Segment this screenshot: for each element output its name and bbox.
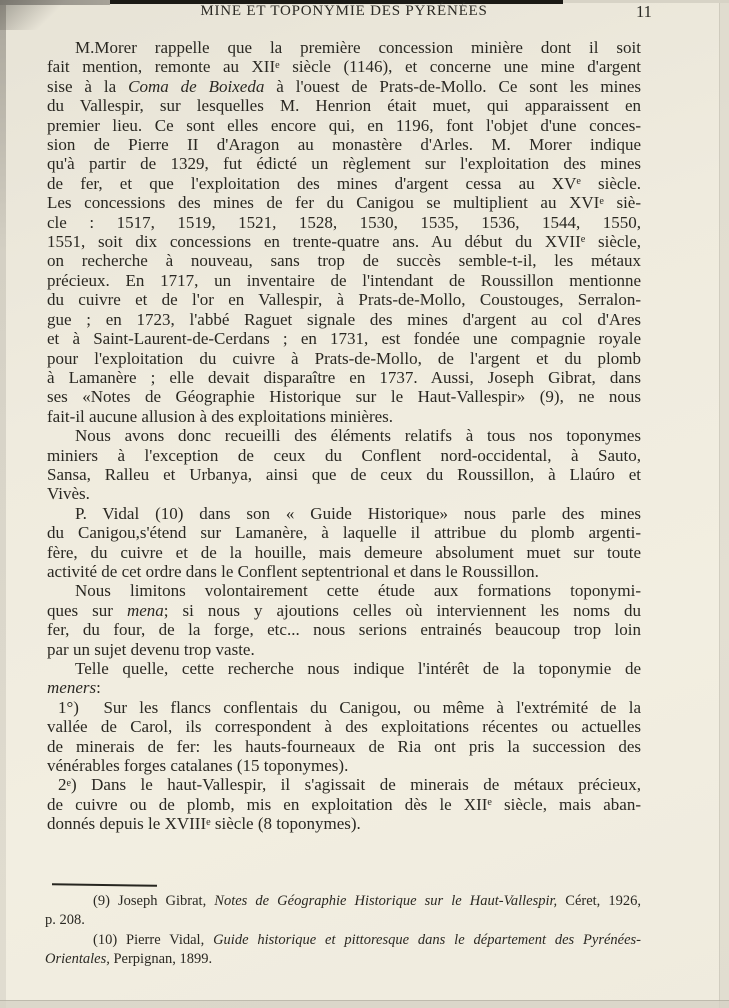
text-line: Nous avons donc recueilli des éléments r… — [47, 426, 641, 445]
text-line: ques sur mena; si nous y ajoutions celle… — [47, 601, 641, 620]
body-text: M.Morer rappelle que la première concess… — [47, 38, 641, 834]
text-line: du cuivre et de l'or en Vallespir, à Pra… — [47, 290, 641, 309]
footnote: (9) Joseph Gibrat, Notes de Géographie H… — [45, 892, 641, 931]
text-line: et à Saint-Laurent-de-Cerdans ; en 1731,… — [47, 329, 641, 348]
text-line: 1551, soit dix concessions en trente-qua… — [47, 232, 641, 251]
text-line: gue ; en 1723, l'abbé Raguet signale des… — [47, 310, 641, 329]
footnotes: (9) Joseph Gibrat, Notes de Géographie H… — [45, 892, 641, 970]
text-line: 1°) Sur les flancs conflentais du Canigo… — [47, 698, 641, 717]
text-line: Nous limitons volontairement cette étude… — [47, 581, 641, 600]
text-line: fait mention, remonte au XIIe siècle (11… — [47, 57, 641, 76]
text-line: fère, du cuivre et de la houille, mais d… — [47, 543, 641, 562]
text-line: fer, du four, de la forge, etc... nous s… — [47, 620, 641, 639]
text-line: vallée de Carol, ils correspondent à des… — [47, 717, 641, 736]
paragraph: M.Morer rappelle que la première concess… — [47, 38, 641, 426]
list-item: 1°) Sur les flancs conflentais du Canigo… — [47, 698, 641, 776]
text-line: pour l'exploitation du cuivre à Prats-de… — [47, 349, 641, 368]
text-line: Sansa, Ralleu et Urbanya, ainsi que de c… — [47, 465, 641, 484]
paragraph: P. Vidal (10) dans son « Guide Historiqu… — [47, 504, 641, 582]
text-line: donnés depuis le XVIIIe siècle (8 topony… — [47, 814, 641, 833]
text-line: P. Vidal (10) dans son « Guide Historiqu… — [47, 504, 641, 523]
text-line: activité de cet ordre dans le Conflent s… — [47, 562, 641, 581]
text-line: Telle quelle, cette recherche nous indiq… — [47, 659, 641, 678]
text-line: qu'à partir de 1329, fut édicté un règle… — [47, 154, 641, 173]
text-line: fait-il aucune allusion à des exploitati… — [47, 407, 641, 426]
text-line: 2e) Dans le haut-Vallespir, il s'agissai… — [47, 775, 641, 794]
paragraph: Telle quelle, cette recherche nous indiq… — [47, 659, 641, 698]
scan-right-edge — [719, 0, 729, 1008]
text-line: Orientales, Perpignan, 1899. — [45, 950, 641, 969]
text-line: de cuivre ou de plomb, mis en exploitati… — [47, 795, 641, 814]
text-line: de minerais de fer: les hauts-fourneaux … — [47, 737, 641, 756]
running-header-title: MINE ET TOPONYMIE DES PYRÉNÉES — [47, 3, 641, 20]
list-item: 2e) Dans le haut-Vallespir, il s'agissai… — [47, 775, 641, 833]
text-line: premier lieu. Ce sont elles encore qui, … — [47, 116, 641, 135]
text-line: vénérables forges catalanes (15 toponyme… — [47, 756, 641, 775]
scan-left-edge — [0, 0, 6, 1008]
footnote: (10) Pierre Vidal, Guide historique et p… — [45, 931, 641, 970]
text-line: Les concessions des mines de fer du Cani… — [47, 193, 641, 212]
page-number: 11 — [636, 2, 652, 22]
text-line: à Lamanère ; elle devait disparaître en … — [47, 368, 641, 387]
scan-bottom-edge — [0, 1000, 729, 1008]
text-line: p. 208. — [45, 911, 641, 930]
text-line: précieux. En 1717, un inventaire de l'in… — [47, 271, 641, 290]
text-line: sise à la Coma de Boixeda à l'ouest de P… — [47, 77, 641, 96]
text-line: par un sujet devenu trop vaste. — [47, 640, 641, 659]
text-line: ses «Notes de Géographie Historique sur … — [47, 387, 641, 406]
text-line: meners: — [47, 678, 641, 697]
text-line: miniers à l'exception de ceux du Conflen… — [47, 446, 641, 465]
text-line: on recherche à nouveau, sans trop de suc… — [47, 251, 641, 270]
text-line: de fer, et que l'exploitation des mines … — [47, 174, 641, 193]
paragraph: Nous avons donc recueilli des éléments r… — [47, 426, 641, 504]
footnote-rule — [52, 883, 157, 886]
text-line: du Vallespir, sur lesquelles M. Henrion … — [47, 96, 641, 115]
text-line: Vivès. — [47, 484, 641, 503]
paragraph: Nous limitons volontairement cette étude… — [47, 581, 641, 659]
text-line: du Canigou,s'étend sur Lamanère, à laque… — [47, 523, 641, 542]
text-line: (10) Pierre Vidal, Guide historique et p… — [45, 931, 641, 950]
text-line: M.Morer rappelle que la première concess… — [47, 38, 641, 57]
text-line: sion de Pierre II d'Aragon au monastère … — [47, 135, 641, 154]
scanned-page: MINE ET TOPONYMIE DES PYRÉNÉES 11 M.More… — [0, 0, 729, 1008]
text-line: (9) Joseph Gibrat, Notes de Géographie H… — [45, 892, 641, 911]
text-line: cle : 1517, 1519, 1521, 1528, 1530, 1535… — [47, 213, 641, 232]
